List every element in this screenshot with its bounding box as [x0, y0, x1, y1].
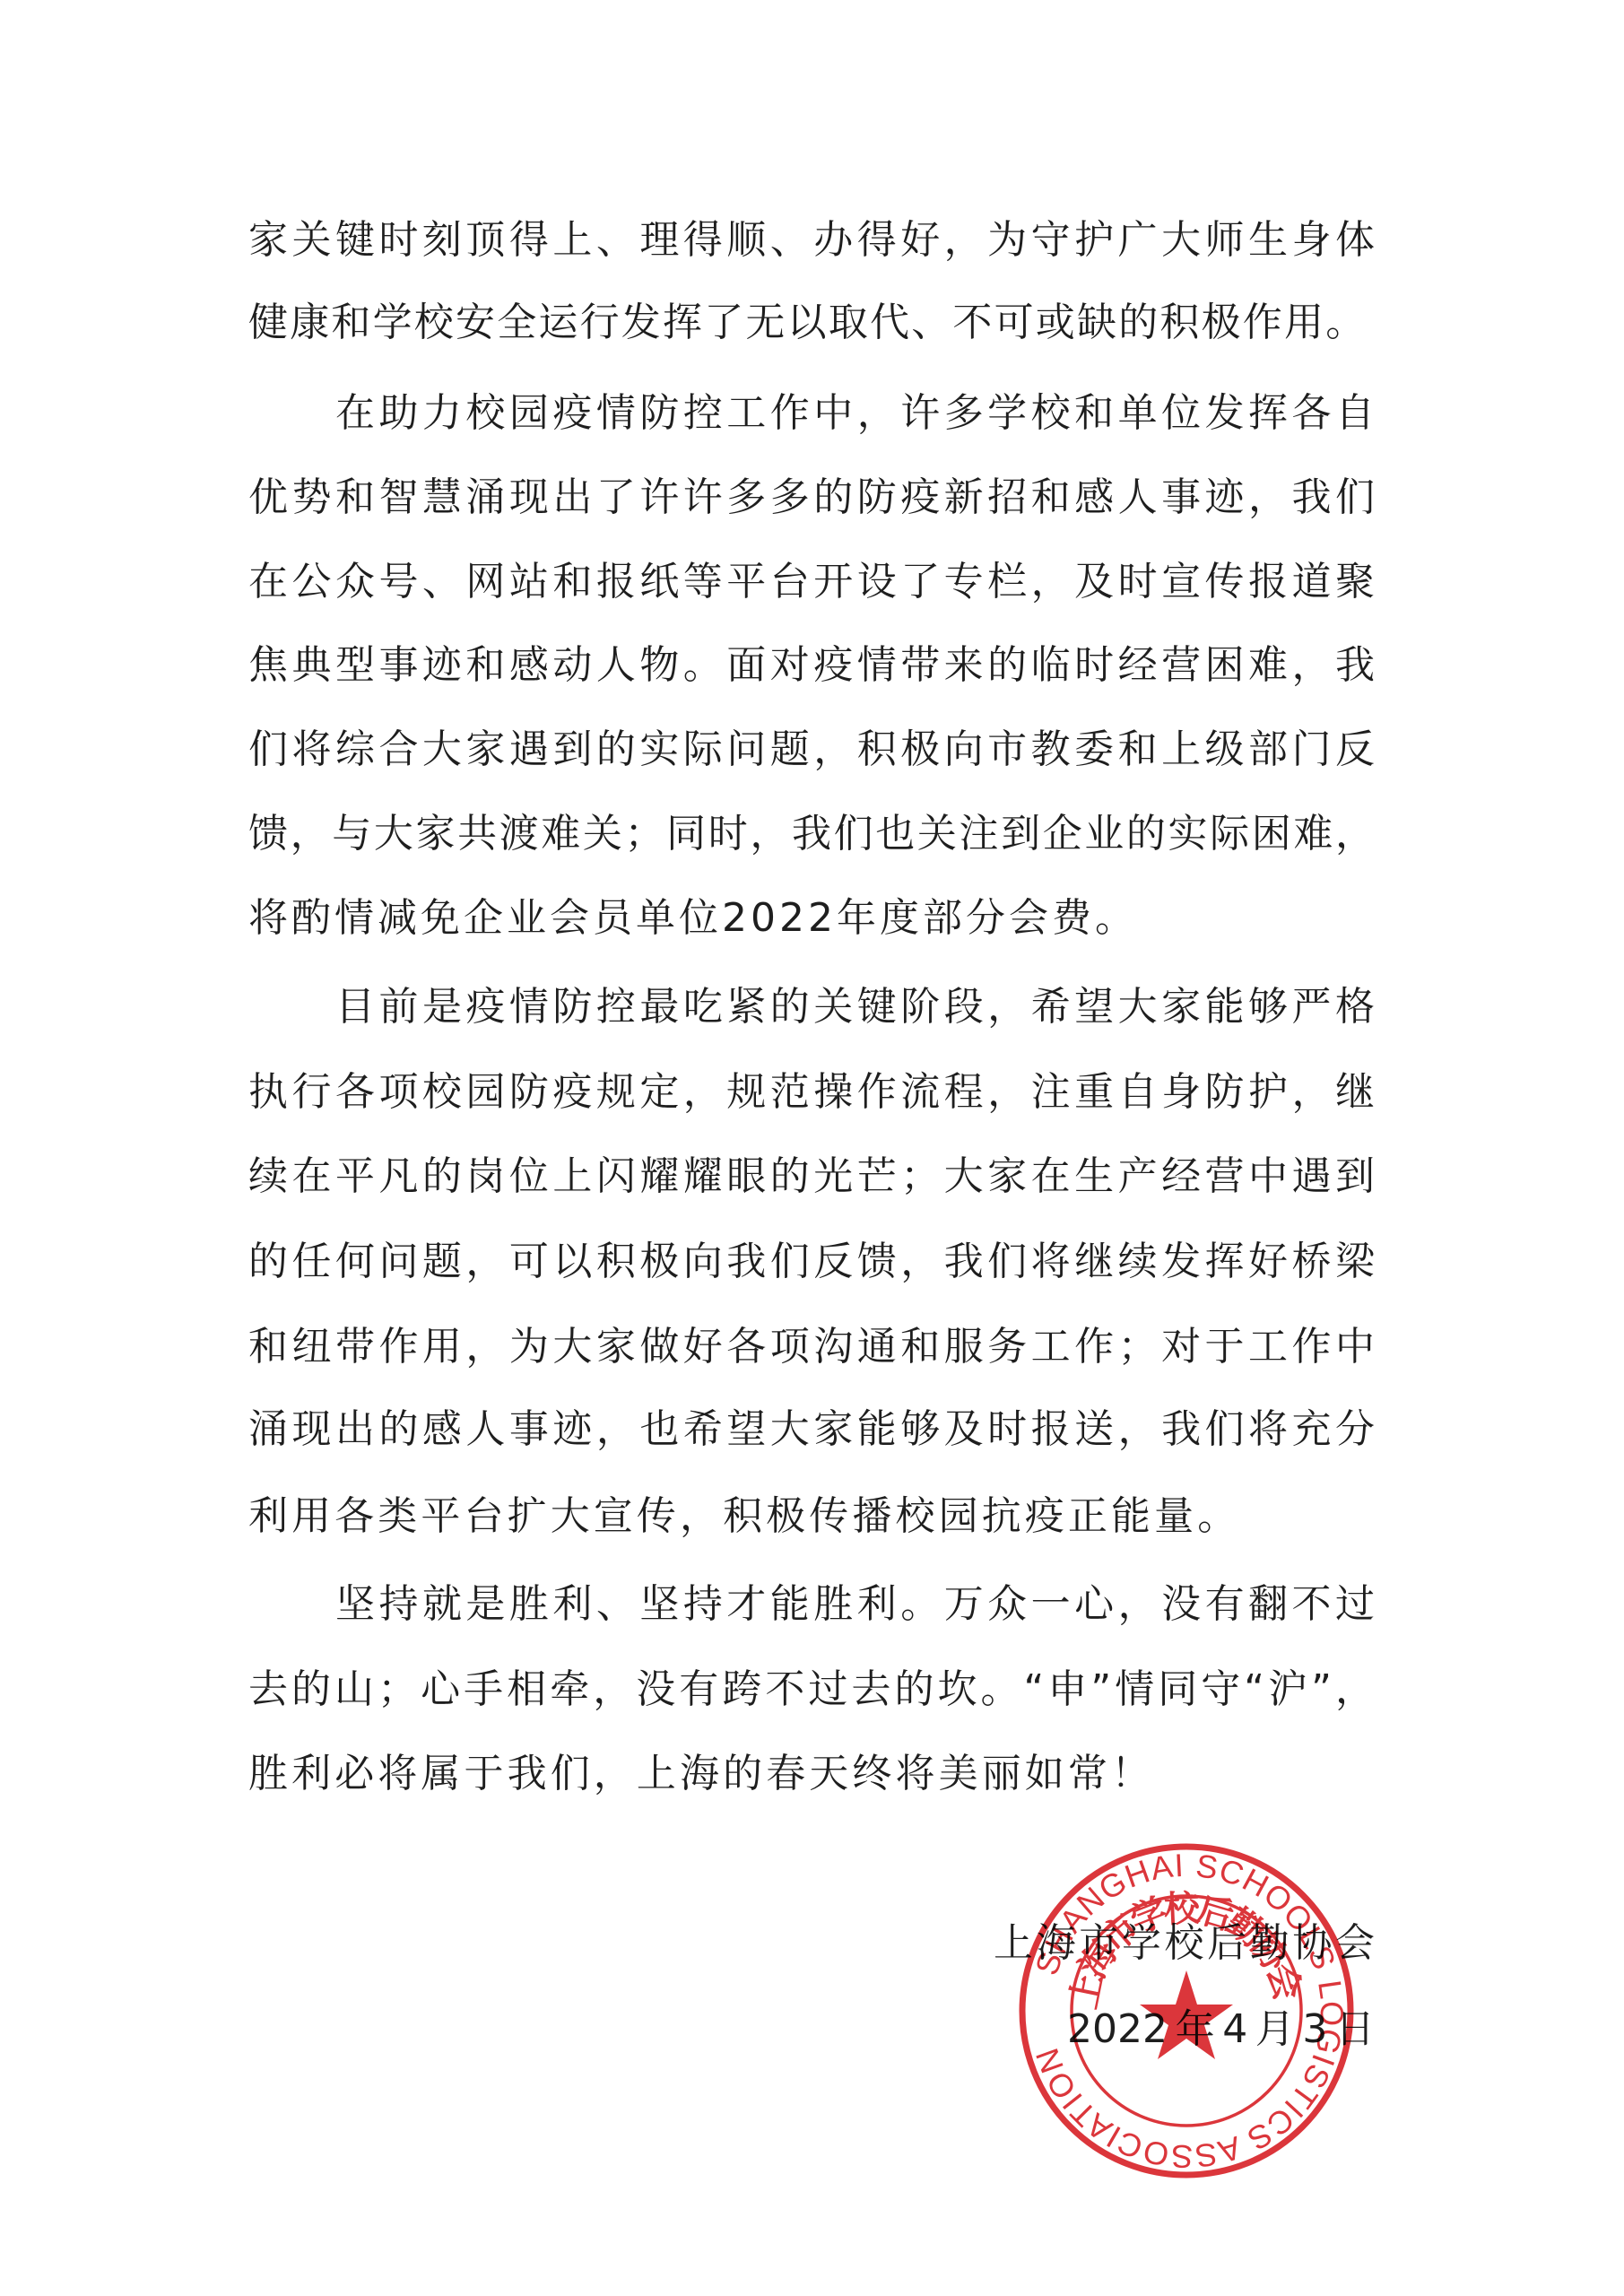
- text-line: 们将综合大家遇到的实际问题，积极向市教委和上级部门反: [248, 723, 1375, 777]
- text-line: 优势和智慧涌现出了许许多多的防疫新招和感人事迹，我们: [248, 471, 1375, 525]
- text-line: 将酌情减免企业会员单位2022年度部分会费。: [248, 891, 1375, 945]
- star-icon: [1140, 1970, 1233, 2059]
- official-seal: SHANGHAI SCHOOLS LOGISTICS ASSOCIATION 上…: [1016, 1840, 1357, 2181]
- text-line: 涌现出的感人事迹，也希望大家能够及时报送，我们将充分: [248, 1403, 1375, 1457]
- text-line: 目前是疫情防控最吃紧的关键阶段，希望大家能够严格: [335, 980, 1375, 1034]
- text-line: 执行各项校园防疫规定，规范操作流程，注重自身防护，继: [248, 1065, 1375, 1119]
- document-page: 家关键时刻顶得上、理得顺、办得好，为守护广大师生身体 健康和学校安全运行发挥了无…: [0, 0, 1624, 2296]
- text-line: 在助力校园疫情防控工作中，许多学校和单位发挥各自: [335, 387, 1375, 440]
- text-line: 坚持就是胜利、坚持才能胜利。万众一心，没有翻不过: [335, 1578, 1375, 1631]
- text-line: 焦典型事迹和感动人物。面对疫情带来的临时经营困难，我: [248, 639, 1375, 692]
- text-line: 利用各类平台扩大宣传，积极传播校园抗疫正能量。: [248, 1490, 1375, 1544]
- text-line: 续在平凡的岗位上闪耀耀眼的光芒；大家在生产经营中遇到: [248, 1150, 1375, 1204]
- seal-graphic: SHANGHAI SCHOOLS LOGISTICS ASSOCIATION 上…: [1016, 1840, 1357, 2181]
- text-line: 去的山；心手相牵，没有跨不过去的坎。“申”情同守“沪”，: [248, 1663, 1375, 1717]
- text-line: 的任何问题，可以积极向我们反馈，我们将继续发挥好桥梁: [248, 1235, 1375, 1289]
- text-line: 在公众号、网站和报纸等平台开设了专栏，及时宣传报道聚: [248, 555, 1375, 609]
- text-line: 健康和学校安全运行发挥了无以取代、不可或缺的积极作用。: [248, 296, 1375, 350]
- text-line: 胜利必将属于我们，上海的春天终将美丽如常！: [248, 1747, 1375, 1801]
- text-line: 馈，与大家共渡难关；同时，我们也关注到企业的实际困难，: [248, 807, 1375, 861]
- text-line: 家关键时刻顶得上、理得顺、办得好，为守护广大师生身体: [248, 213, 1375, 267]
- text-line: 和纽带作用，为大家做好各项沟通和服务工作；对于工作中: [248, 1320, 1375, 1374]
